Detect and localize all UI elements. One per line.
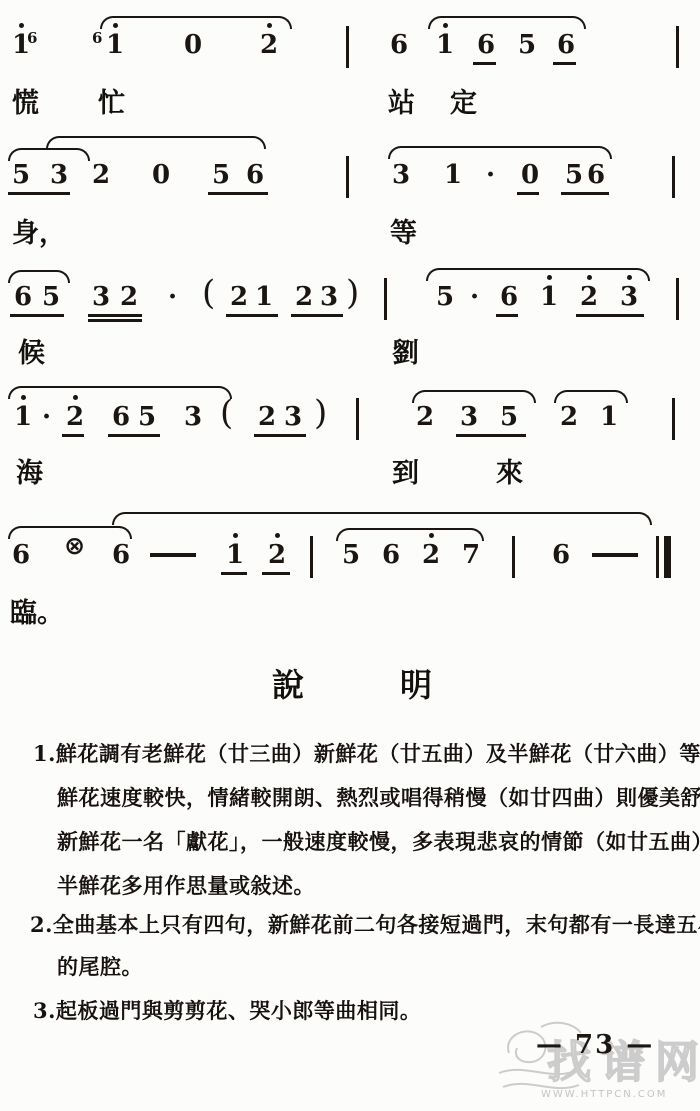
explanation-line: 1.鮮花調有老鮮花（廿三曲）新鮮花（廿五曲）及半鮮花（廿六曲）等；老 — [33, 741, 700, 767]
explanation-line: 2.全曲基本上只有四句，新鮮花前二句各接短過門，末句都有一長達五小節 — [30, 912, 700, 938]
explanation-line: 鮮花速度較快，情緒較開朗、熱烈或唱得稍慢（如廿四曲）則優美舒暢。 — [57, 785, 700, 811]
explanation-line: 的尾腔。 — [57, 954, 143, 980]
page-number: — 73 — — [536, 1030, 654, 1060]
explanation-line: 3.起板過門與剪剪花、哭小郎等曲相同。 — [33, 998, 421, 1024]
watermark-site-text: WWW.HTTPCN.COM — [541, 1089, 667, 1100]
explanation-section: 1.鮮花調有老鮮花（廿三曲）新鮮花（廿五曲）及半鮮花（廿六曲）等；老鮮花速度較快… — [0, 0, 700, 1111]
explanation-line: 新鮮花一名「獻花」，一般速度較慢，多表現悲哀的情節（如廿五曲）。 — [57, 829, 700, 855]
explanation-line: 半鮮花多用作思量或敍述。 — [57, 873, 315, 899]
sheet-music-page: 16610261656慌忙站定53205631·056身，等6532·(2123… — [0, 0, 700, 1111]
